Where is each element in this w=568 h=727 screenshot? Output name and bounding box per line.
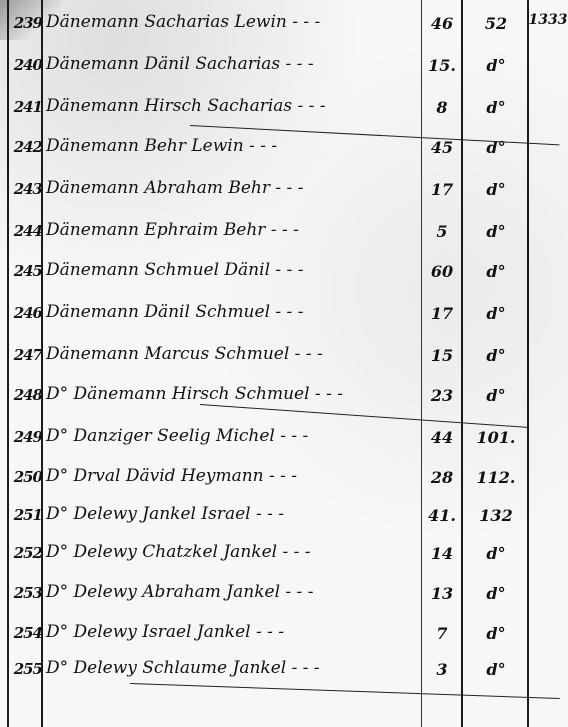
register-entry: 246 Dänemann Dänil Schmuel - - - 17 d°: [0, 296, 568, 334]
entry-age: 41.: [424, 506, 460, 525]
entry-number: 240: [10, 56, 42, 74]
entry-name: D° Drval Dävid Heymann - - -: [46, 466, 297, 486]
entry-reference: d°: [466, 56, 526, 75]
register-entry: 252 D° Delewy Chatzkel Jankel - - - 14 d…: [0, 536, 568, 574]
entry-number: 246: [10, 304, 42, 322]
register-entry: 241 Dänemann Hirsch Sacharias - - - 8 d°: [0, 90, 568, 128]
entry-number: 248: [10, 386, 42, 404]
entry-age: 17: [424, 180, 460, 199]
entry-reference: d°: [466, 98, 526, 117]
entry-name: D° Delewy Abraham Jankel - - -: [46, 582, 313, 602]
entry-name: D° Danziger Seelig Michel - - -: [46, 426, 308, 446]
register-entry: 247 Dänemann Marcus Schmuel - - - 15 d°: [0, 338, 568, 376]
entry-number: 244: [10, 222, 42, 240]
entry-age: 15.: [424, 56, 460, 75]
register-entry: 243 Dänemann Abraham Behr - - - 17 d°: [0, 172, 568, 210]
register-page: 239 Dänemann Sacharias Lewin - - - 46 52…: [0, 0, 568, 727]
entry-reference: 101.: [466, 428, 526, 447]
entry-name: D° Delewy Israel Jankel - - -: [46, 622, 284, 642]
entry-age: 23: [424, 386, 460, 405]
register-entry: 255 D° Delewy Schlaume Jankel - - - 3 d°: [0, 652, 568, 690]
entry-reference: d°: [466, 386, 526, 405]
register-entry: 249 D° Danziger Seelig Michel - - - 44 1…: [0, 420, 568, 458]
entry-number: 250: [10, 468, 42, 486]
register-entry: 253 D° Delewy Abraham Jankel - - - 13 d°: [0, 576, 568, 614]
entry-reference: d°: [466, 584, 526, 603]
register-entry: 244 Dänemann Ephraim Behr - - - 5 d°: [0, 214, 568, 252]
entry-number: 242: [10, 138, 42, 156]
entry-reference: 52: [466, 14, 526, 33]
entry-number: 249: [10, 428, 42, 446]
entry-name: D° Delewy Chatzkel Jankel - - -: [46, 542, 311, 562]
entry-name: Dänemann Ephraim Behr - - -: [46, 220, 299, 240]
entry-number: 251: [10, 506, 42, 524]
entry-age: 28: [424, 468, 460, 487]
entry-age: 13: [424, 584, 460, 603]
entry-age: 44: [424, 428, 460, 447]
entry-name: D° Delewy Jankel Israel - - -: [46, 504, 284, 524]
entry-reference: d°: [466, 262, 526, 281]
entry-number: 254: [10, 624, 42, 642]
register-entry: 254 D° Delewy Israel Jankel - - - 7 d°: [0, 616, 568, 654]
entry-age: 14: [424, 544, 460, 563]
register-entry: 242 Dänemann Behr Lewin - - - 45 d°: [0, 130, 568, 168]
entry-age: 45: [424, 138, 460, 157]
entry-age: 17: [424, 304, 460, 323]
entry-reference: d°: [466, 346, 526, 365]
entry-name: D° Dänemann Hirsch Schmuel - - -: [46, 384, 343, 404]
entry-reference: d°: [466, 660, 526, 679]
entry-number: 255: [10, 660, 42, 678]
entry-reference: d°: [466, 222, 526, 241]
entry-name: Dänemann Behr Lewin - - -: [46, 136, 277, 156]
entry-number: 245: [10, 262, 42, 280]
entry-number: 241: [10, 98, 42, 116]
entry-reference: d°: [466, 304, 526, 323]
entry-age: 46: [424, 14, 460, 33]
entry-number: 239: [10, 14, 42, 32]
entry-reference: d°: [466, 624, 526, 643]
register-entry: 245 Dänemann Schmuel Dänil - - - 60 d°: [0, 254, 568, 292]
entry-age: 60: [424, 262, 460, 281]
entry-name: Dänemann Abraham Behr - - -: [46, 178, 303, 198]
entry-reference: d°: [466, 180, 526, 199]
register-entry: 239 Dänemann Sacharias Lewin - - - 46 52…: [0, 6, 568, 44]
register-entry: 240 Dänemann Dänil Sacharias - - - 15. d…: [0, 48, 568, 86]
entry-name: Dänemann Sacharias Lewin - - -: [46, 12, 320, 32]
register-entry: 251 D° Delewy Jankel Israel - - - 41. 13…: [0, 498, 568, 536]
entry-age: 8: [424, 98, 460, 117]
entry-reference: 132: [466, 506, 526, 525]
entry-age: 3: [424, 660, 460, 679]
register-entry: 250 D° Drval Dävid Heymann - - - 28 112.: [0, 460, 568, 498]
entry-name: Dänemann Hirsch Sacharias - - -: [46, 96, 326, 116]
entry-name: Dänemann Schmuel Dänil - - -: [46, 260, 303, 280]
entry-name: D° Delewy Schlaume Jankel - - -: [46, 658, 320, 678]
entry-number: 243: [10, 180, 42, 198]
entry-number: 247: [10, 346, 42, 364]
entry-number: 253: [10, 584, 42, 602]
entry-age: 5: [424, 222, 460, 241]
entry-reference: d°: [466, 544, 526, 563]
entry-name: Dänemann Marcus Schmuel - - -: [46, 344, 323, 364]
entry-name: Dänemann Dänil Sacharias - - -: [46, 54, 314, 74]
entry-number: 252: [10, 544, 42, 562]
entry-name: Dänemann Dänil Schmuel - - -: [46, 302, 303, 322]
entry-age: 15: [424, 346, 460, 365]
entry-age: 7: [424, 624, 460, 643]
entry-extra: 1333: [528, 12, 568, 28]
entry-reference: 112.: [466, 468, 526, 487]
